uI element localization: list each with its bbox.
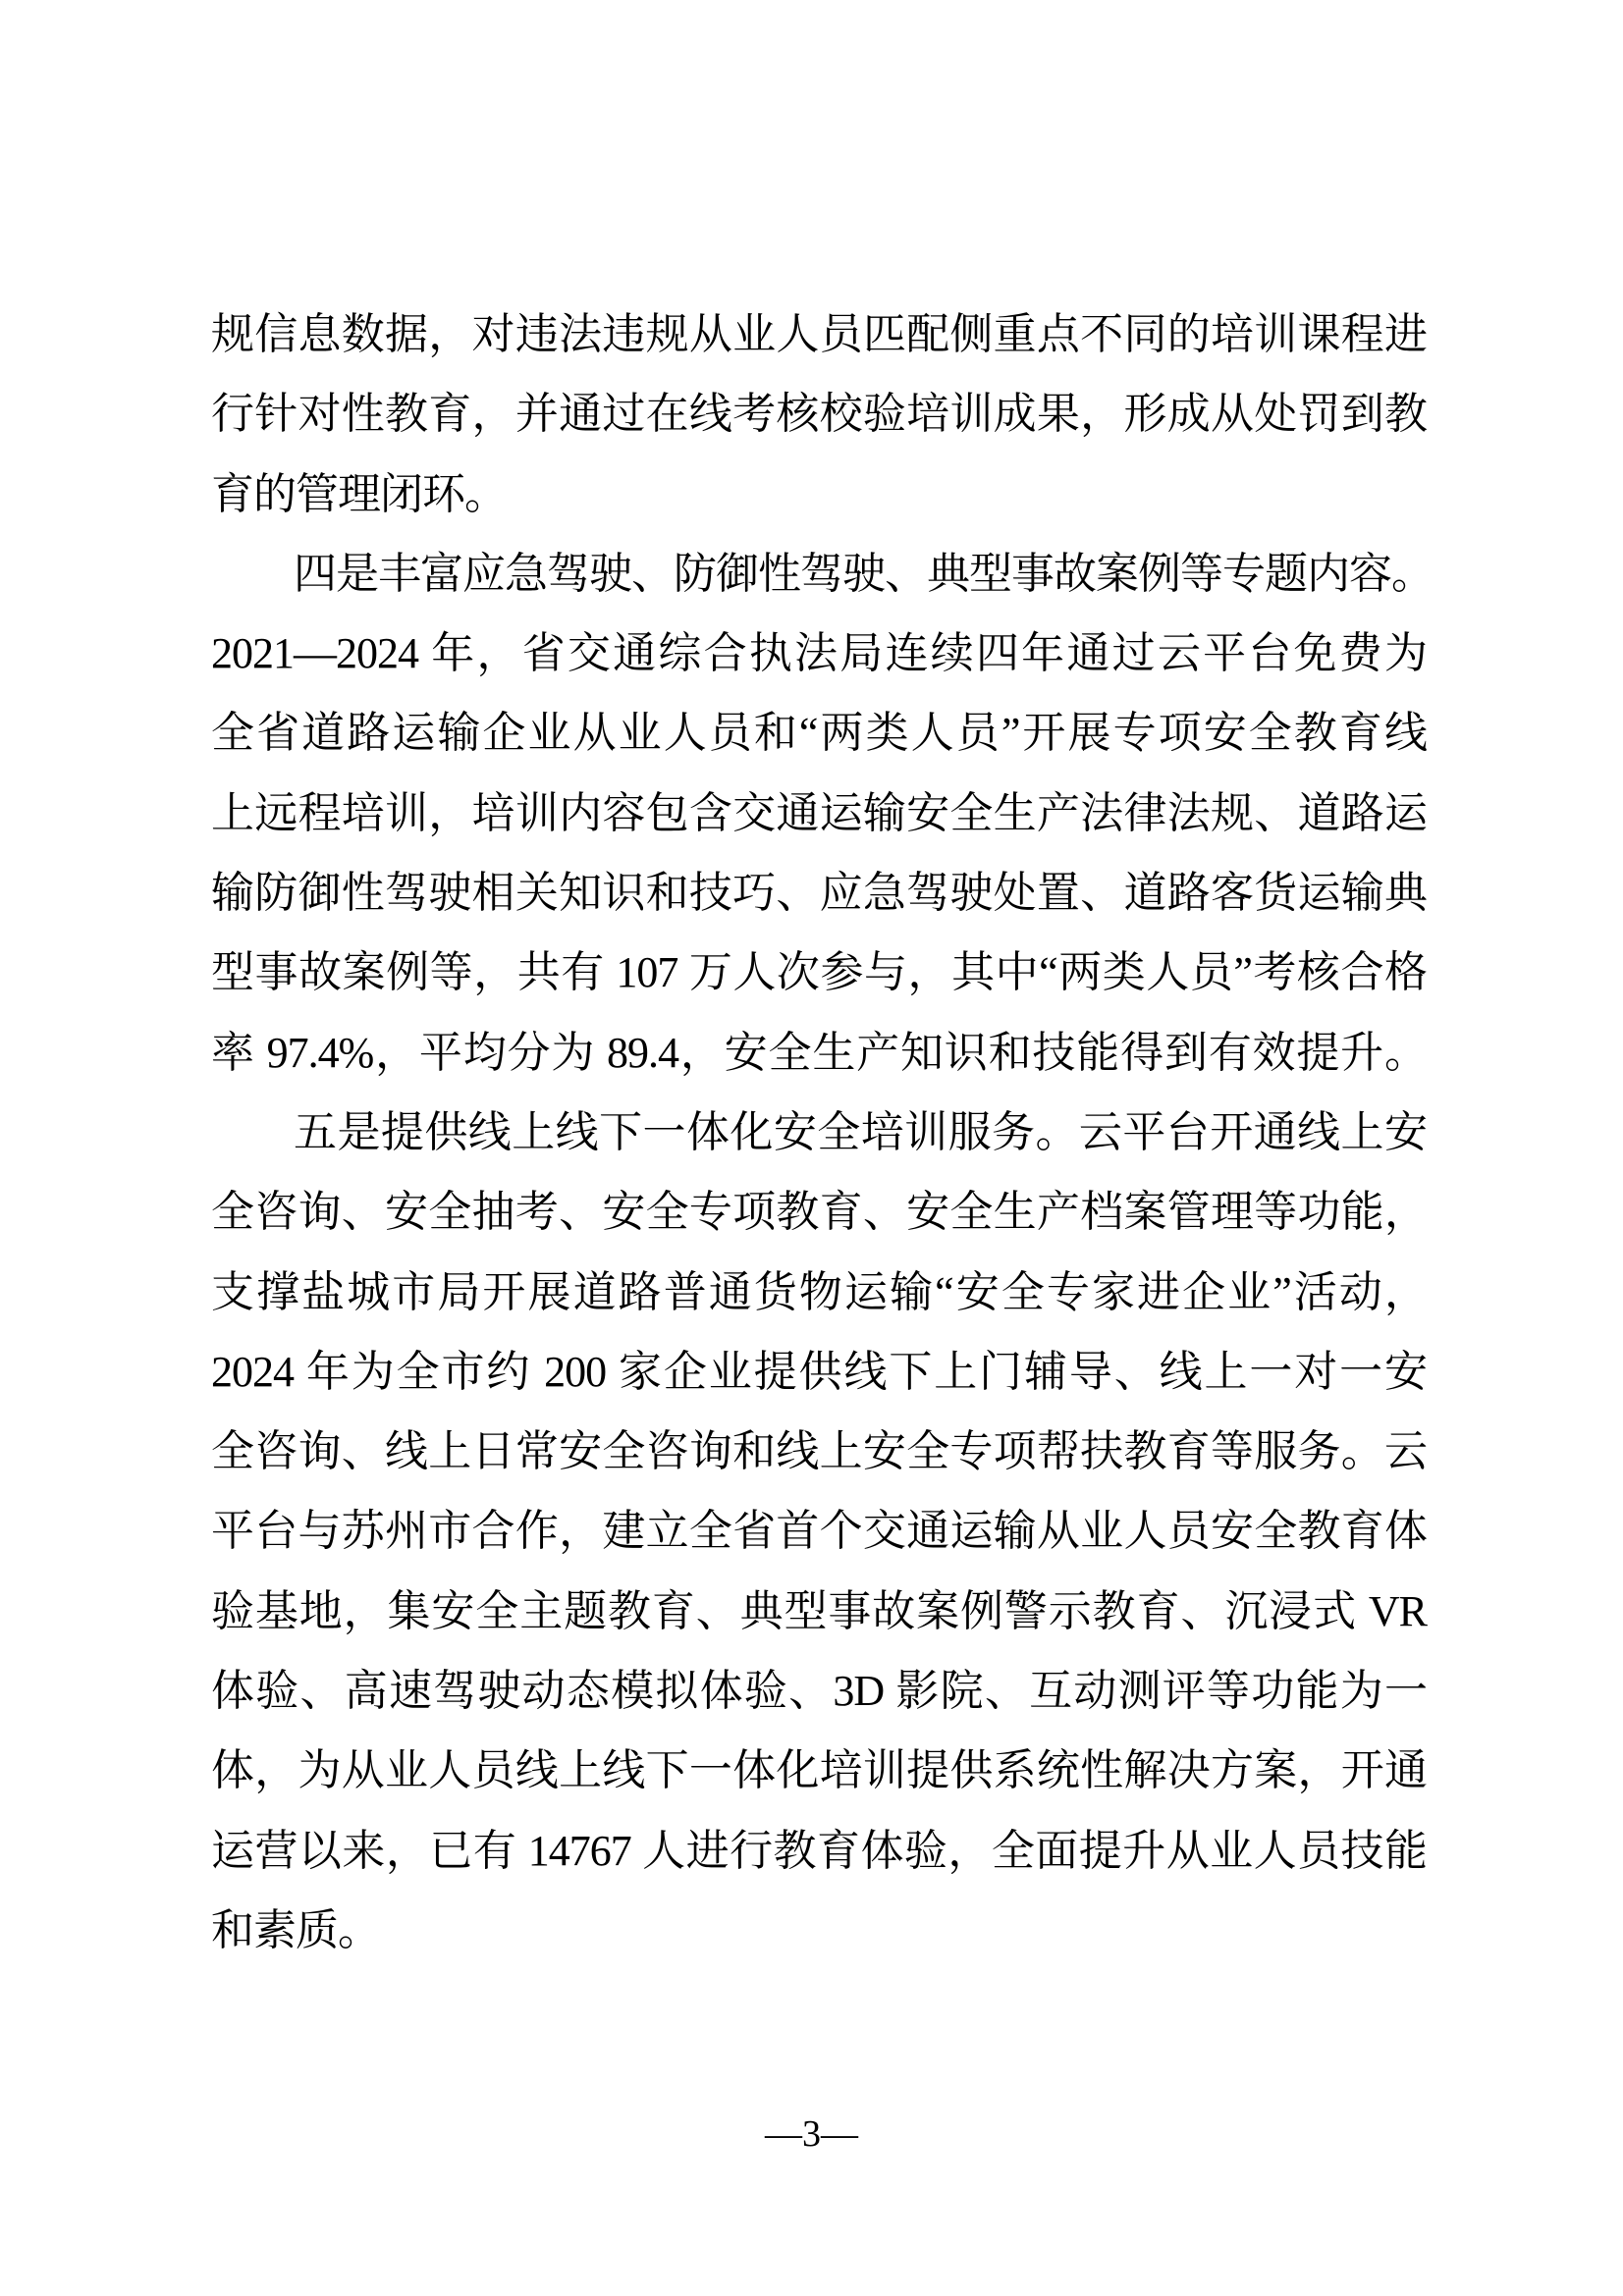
text-line: 平台与苏州市合作，建立全省首个交通运输从业人员安全教育体 xyxy=(211,1491,1427,1571)
text-line: 四是丰富应急驾驶、防御性驾驶、典型事故案例等专题内容。 xyxy=(211,534,1427,614)
text-line: 率 97.4%，平均分为 89.4，安全生产知识和技能得到有效提升。 xyxy=(211,1013,1427,1093)
text-line: 育的管理闭环。 xyxy=(211,454,1427,534)
text-line: 体，为从业人员线上线下一体化培训提供系统性解决方案，开通 xyxy=(211,1731,1427,1810)
text-line: 全省道路运输企业从业人员和“两类人员”开展专项安全教育线 xyxy=(211,693,1427,773)
text-line: 验基地，集安全主题教育、典型事故案例警示教育、沉浸式 VR xyxy=(211,1572,1427,1651)
text-line: 规信息数据，对违法违规从业人员匹配侧重点不同的培训课程进 xyxy=(211,294,1427,374)
text-line: 支撑盐城市局开展道路普通货物运输“安全专家进企业”活动， xyxy=(211,1253,1427,1332)
text-line: 行针对性教育，并通过在线考核校验培训成果，形成从处罚到教 xyxy=(211,374,1427,454)
document-body: 规信息数据，对违法违规从业人员匹配侧重点不同的培训课程进行针对性教育，并通过在线… xyxy=(211,294,1427,1970)
text-line: 和素质。 xyxy=(211,1891,1427,1970)
text-line: 全咨询、线上日常安全咨询和线上安全专项帮扶教育等服务。云 xyxy=(211,1412,1427,1491)
text-line: 五是提供线上线下一体化安全培训服务。云平台开通线上安 xyxy=(211,1093,1427,1172)
text-line: 上远程培训，培训内容包含交通运输安全生产法律法规、道路运 xyxy=(211,774,1427,853)
text-line: 输防御性驾驶相关知识和技巧、应急驾驶处置、道路客货运输典 xyxy=(211,853,1427,933)
document-page: 规信息数据，对违法违规从业人员匹配侧重点不同的培训课程进行针对性教育，并通过在线… xyxy=(0,0,1623,2296)
text-line: 型事故案例等，共有 107 万人次参与，其中“两类人员”考核合格 xyxy=(211,933,1427,1012)
page-number: —3— xyxy=(0,2112,1623,2156)
text-line: 运营以来，已有 14767 人进行教育体验，全面提升从业人员技能 xyxy=(211,1811,1427,1891)
text-line: 全咨询、安全抽考、安全专项教育、安全生产档案管理等功能， xyxy=(211,1172,1427,1252)
text-line: 2021—2024 年，省交通综合执法局连续四年通过云平台免费为 xyxy=(211,614,1427,693)
text-line: 体验、高速驾驶动态模拟体验、3D 影院、互动测评等功能为一 xyxy=(211,1651,1427,1731)
text-line: 2024 年为全市约 200 家企业提供线下上门辅导、线上一对一安 xyxy=(211,1332,1427,1412)
